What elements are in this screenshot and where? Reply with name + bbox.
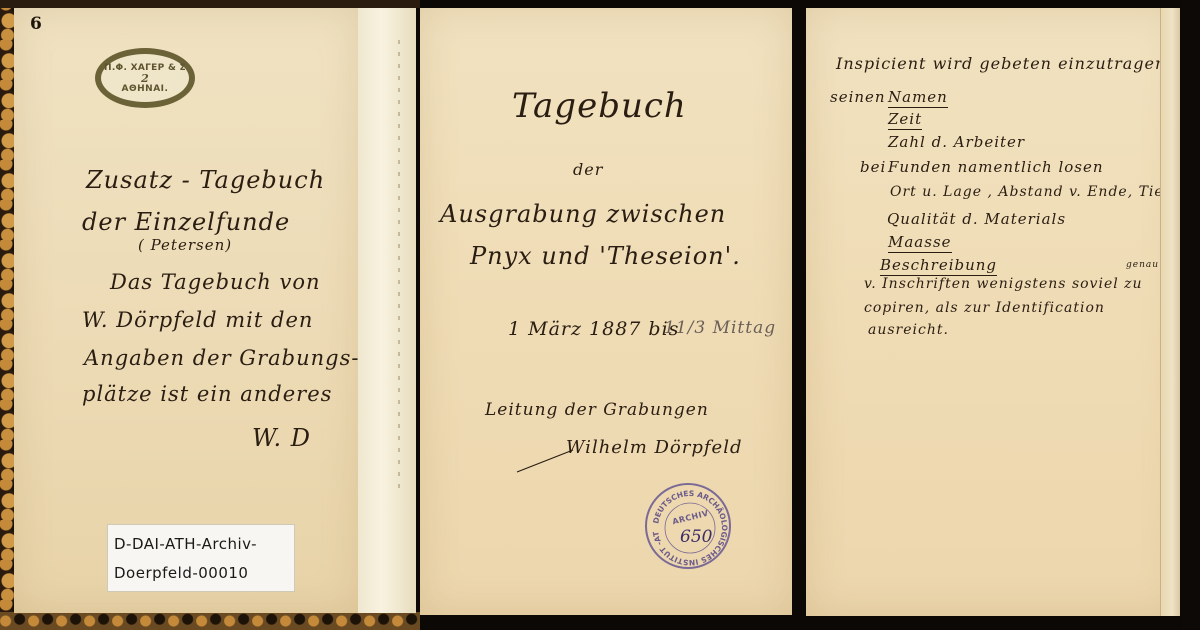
left-note-line-2: W. Dörpfeld mit den [82,308,313,332]
diary-subtitle: der [573,160,603,179]
instruction-location: Ort u. Lage , Abstand v. Ende, Tiefe [890,184,1179,200]
cover-top-edge [0,0,420,8]
archive-label: D-DAI-ATH-Archiv- Doerpfeld-00010 [107,524,295,592]
diary-date-pencil: 11/3 Mittag [664,318,776,338]
spine-stitching [398,40,400,490]
diary-title: Tagebuch [512,86,687,126]
left-title-line-1: Zusatz - Tagebuch [86,166,325,194]
archive-label-line-1: D-DAI-ATH-Archiv- [114,530,288,559]
instruction-measurements: Maasse [888,233,952,253]
page-fore-edge [1160,8,1180,616]
stationer-stamp: Π.Φ. ΧΑΓΕΡ & Σ 2 ΑΘΗΝΑΙ. [95,48,195,108]
stamp-line-2: 2 [141,73,149,84]
scanned-document: 6 Π.Φ. ΧΑΓΕΡ & Σ 2 ΑΘΗΝΑΙ. Zusatz - Tage… [0,0,1200,630]
signature-flourish [515,446,575,476]
stamp-line-3: ΑΘΗΝΑΙ. [122,84,169,94]
closing-line-2: copiren, als zur Identification [864,300,1105,316]
instruction-prefix-finds: bei [860,158,886,176]
instruction-worker-count: Zahl d. Arbeiter [888,133,1025,151]
diary-heading-line-1: Ausgrabung zwischen [440,200,726,228]
instruction-description: Beschreibung [880,256,997,276]
instruction-time: Zeit [888,110,922,130]
insertion-word: genau [1126,260,1159,270]
instruction-name: Namen [888,88,948,108]
scan-border [1182,0,1200,630]
instruction-prefix-1: seinen [830,88,886,106]
instruction-finds: Funden namentlich losen [888,158,1104,176]
closing-line-1: v. Inschriften wenigstens soviel zu [864,276,1143,292]
diary-heading-line-2: Pnyx und 'Theseion'. [470,242,741,270]
left-note-line-4: plätze ist ein anderes [82,382,332,406]
stamp-archive-number: 650 [680,527,712,547]
instructions-intro: Inspicient wird gebeten einzutragen: [836,54,1173,73]
archive-label-line-2: Doerpfeld-00010 [114,559,288,588]
stamp-line-1: Π.Φ. ΧΑΓΕΡ & Σ [104,63,186,73]
doerpfeld-signature: Wilhelm Dörpfeld [566,437,742,458]
closing-line-3: ausreicht. [868,322,949,338]
instruction-material: Qualität d. Materials [887,210,1066,228]
left-title-line-3: ( Petersen) [138,236,232,254]
left-signature-initials: W. D [252,424,311,452]
diary-date-ink: 1 März 1887 bis [508,318,679,340]
excavation-direction-label: Leitung der Grabungen [485,400,709,420]
page-number: 6 [30,14,42,34]
left-note-line-3: Angaben der Grabungs- [84,346,359,370]
left-title-line-2: der Einzelfunde [82,208,290,236]
marbled-cover-bottom [0,612,420,630]
dai-archive-stamp: DEUTSCHES ARCHÄOLOGISCHES INSTITUT -ATHE… [645,483,731,569]
left-note-line-1: Das Tagebuch von [110,270,321,294]
spine-tape [358,8,416,613]
